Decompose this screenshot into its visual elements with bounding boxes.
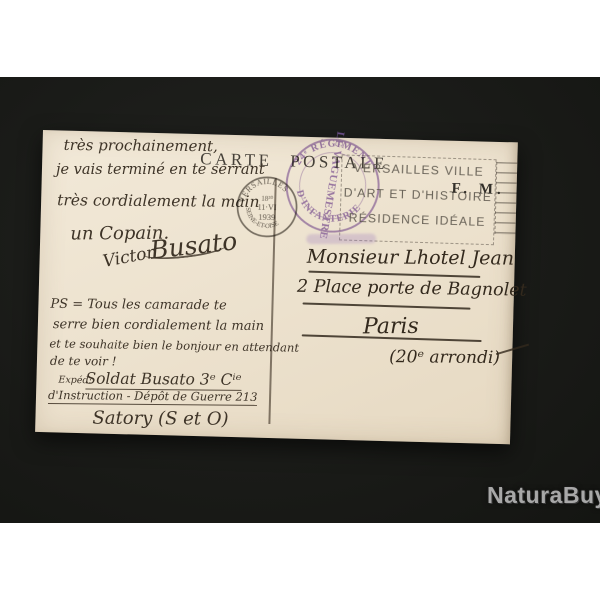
message-line-1: très prochainement, (64, 137, 218, 155)
sender-line-2: d'Instruction - Dépôt de Guerre 213 (48, 389, 258, 405)
stamp-smudge (306, 234, 376, 245)
ps-line-3: et te souhaite bien le bonjour en attend… (49, 337, 299, 354)
ps-line-1: PS = Tous les camarade te (50, 298, 226, 314)
flamme-cancellation: VERSAILLES VILLE D'ART ET D'HISTOIRE RÉS… (339, 154, 497, 245)
signature-firstname: Victor (101, 244, 156, 272)
ps-line-2: serre bien cordialement la main (53, 318, 264, 334)
listing-photo: CARTE POSTALE très prochainement, je vai… (0, 0, 600, 600)
sender-line-3: Satory (S et O) (92, 409, 228, 430)
naturabuy-watermark: NaturaBuy (487, 482, 600, 509)
address-line-4: (20ᵉ arrondi) (389, 348, 500, 368)
ps-line-4: de te voir ! (50, 355, 117, 369)
franchise-militaire-mark: F. M. (451, 181, 505, 199)
address-line-2: 2 Place porte de Bagnolet (297, 278, 527, 301)
postcard-back: CARTE POSTALE très prochainement, je vai… (35, 130, 518, 444)
address-underline-2 (303, 302, 471, 309)
address-line-1: Monsieur Lhotel Jean (307, 247, 514, 270)
